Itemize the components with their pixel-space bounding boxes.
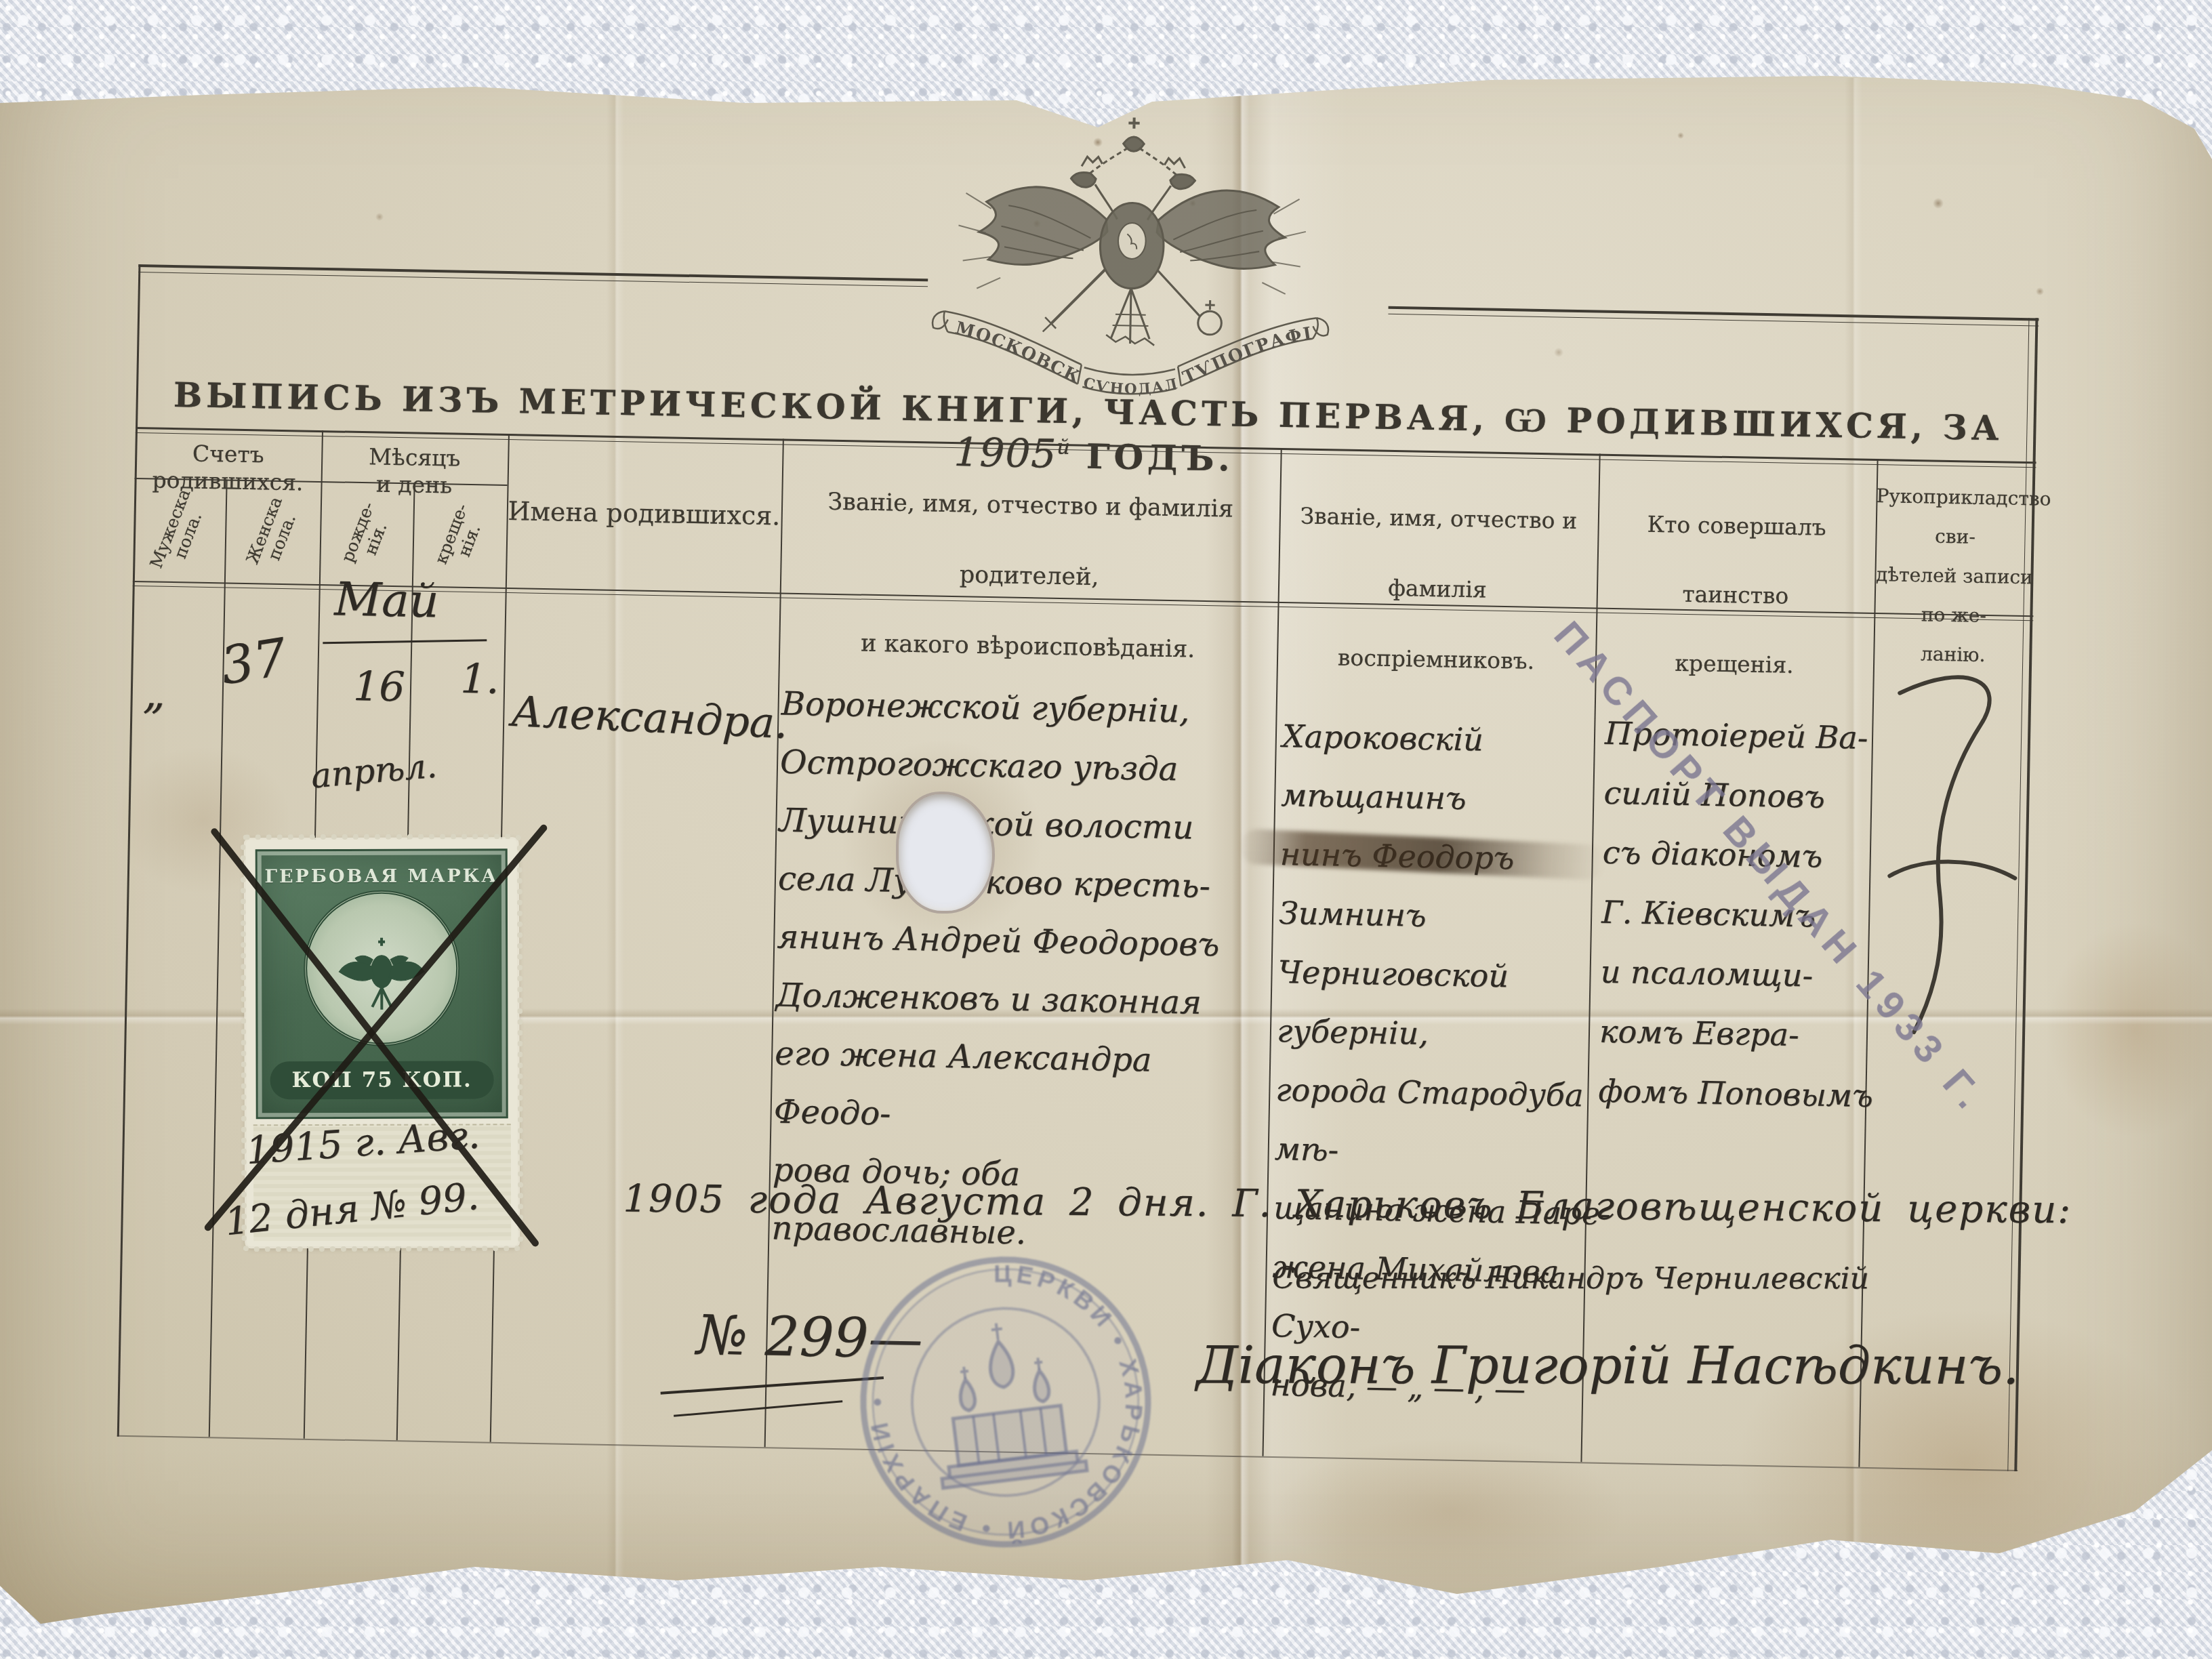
cell-birth-month: апрѣл. — [310, 746, 438, 796]
header-witness: Рукоприкладство сви- дѣтелей записи по ж… — [1873, 476, 2036, 676]
header-priest: Кто совершалъ таинство крещенія. — [1595, 489, 1877, 701]
cell-birth-day: 16 — [352, 663, 405, 711]
cell-name: Александра. — [510, 687, 789, 748]
revenue-stamp-design: ГЕРБОВАЯ МАРКА КОП 75 КОП. — [255, 848, 508, 1119]
cell-priest-text: Протоіерей Ва- силій Поповъ съ діакономъ… — [1598, 703, 1890, 1126]
printed-form: МОСКОВСКОЙ СѴНОДАЛЬНОЙ ТѴПОГРАФІИ ВЫПИСЬ… — [114, 244, 2043, 1634]
cell-male-ditto: „ — [142, 668, 166, 719]
number-flourish — [674, 1400, 842, 1417]
cell-parents-text: Воронежской губерніи, Острогожскаго уѣзд… — [771, 674, 1284, 1266]
paper-hole — [896, 792, 995, 914]
imperial-eagle-icon: МОСКОВСКОЙ СѴНОДАЛЬНОЙ ТѴПОГРАФІИ — [922, 104, 1341, 408]
stain — [2047, 922, 2212, 1139]
cell-female-number: 37 — [216, 626, 290, 696]
header-day-birth: рожде- нія. — [321, 485, 414, 586]
photo-background: МОСКОВСКОЙ СѴНОДАЛЬНОЙ ТѴПОГРАФІИ ВЫПИСЬ… — [0, 0, 2212, 1659]
header-count-female: Женска пола. — [226, 483, 321, 585]
header-day-baptism: креще- нія. — [413, 487, 508, 588]
cell-godparents-text: Хароковскій мѣщанинъ нинъ Феодоръ Зимнин… — [1270, 707, 1635, 1420]
revenue-stamp-value: КОП 75 КОП. — [270, 1061, 494, 1099]
revenue-stamp-arc-text: ГЕРБОВАЯ МАРКА — [258, 865, 506, 887]
document-paper: МОСКОВСКОЙ СѴНОДАЛЬНОЙ ТѴПОГРАФІИ ВЫПИСЬ… — [0, 0, 2212, 1659]
month-underline — [323, 639, 487, 644]
cell-month: Май — [334, 573, 439, 628]
cell-baptism-day: 1. — [460, 655, 500, 703]
frame-line — [1389, 306, 2039, 321]
header-count-male: Мужеска пола. — [133, 481, 226, 583]
header-godparents: Званіе, имя, отчество и фамилія воспріем… — [1276, 480, 1599, 698]
header-parents: Званіе, имя, отчество и фамилія родителе… — [778, 466, 1280, 686]
header-names: Имена родившихся. — [506, 496, 781, 531]
frame-line — [1388, 314, 2039, 327]
church-seal: ЦЕРКВИ • ХАРЬКОВСКОЙ • ЕПАРХІИ • — [828, 1225, 1183, 1579]
footer-deacon-signature: Діаконъ Григорій Насѣдкинъ. — [1196, 1334, 2019, 1395]
footer-priest-signature: Священникъ Никандръ Чернилевскій — [1272, 1261, 1869, 1296]
